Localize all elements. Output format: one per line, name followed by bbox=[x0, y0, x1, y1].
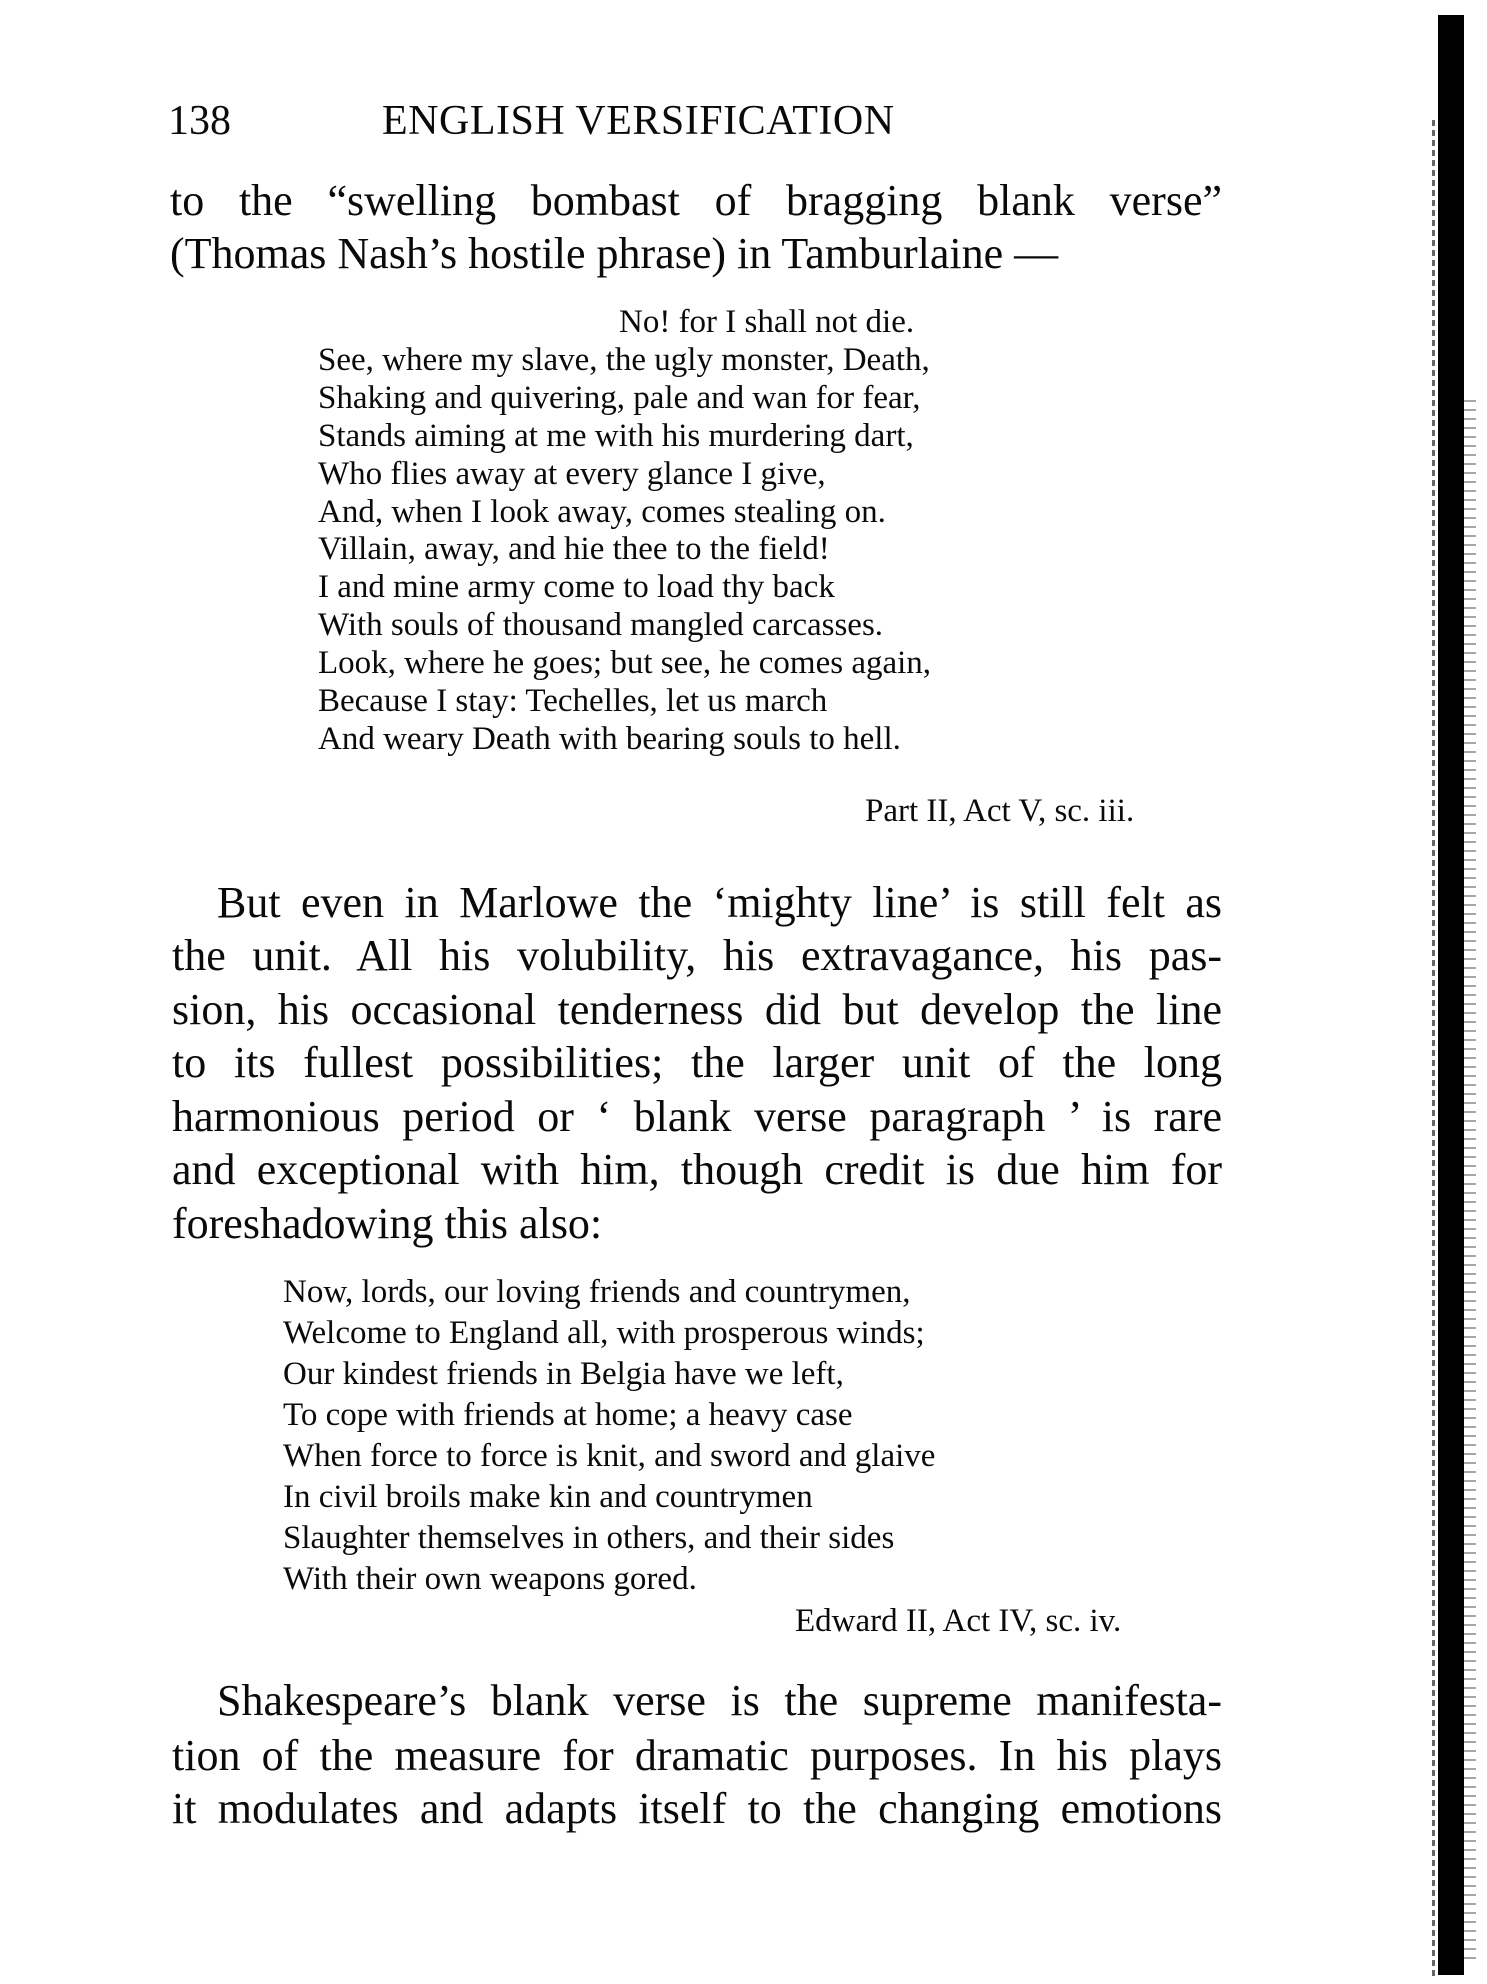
citation-tamburlaine: Part II, Act V, sc. iii. bbox=[865, 795, 1134, 828]
prose-line: it modulates and adapts itself to the ch… bbox=[172, 1787, 1222, 1831]
verse-line: Our kindest friends in Belgia have we le… bbox=[283, 1358, 844, 1391]
prose-line: harmonious period or ‘ blank verse parag… bbox=[172, 1095, 1222, 1139]
book-binding-bar bbox=[1438, 15, 1464, 1975]
intro-line-2: (Thomas Nash’s hostile phrase) in Tambur… bbox=[170, 232, 1058, 276]
verse-line: Villain, away, and hie thee to the field… bbox=[318, 533, 830, 566]
verse-line: Slaughter themselves in others, and thei… bbox=[283, 1522, 894, 1555]
verse-line: Who flies away at every glance I give, bbox=[318, 458, 826, 491]
verse-line: I and mine army come to load thy back bbox=[318, 571, 835, 604]
verse-line: And, when I look away, comes stealing on… bbox=[318, 496, 886, 529]
verse-line: In civil broils make kin and countrymen bbox=[283, 1481, 813, 1514]
citation-edward-ii: Edward II, Act IV, sc. iv. bbox=[795, 1605, 1121, 1638]
verse-line: See, where my slave, the ugly monster, D… bbox=[318, 344, 930, 377]
prose-line: and exceptional with him, though credit … bbox=[172, 1148, 1222, 1192]
prose-line: to its fullest possibilities; the larger… bbox=[172, 1041, 1222, 1085]
prose-line: Shakespeare’s blank verse is the supreme… bbox=[217, 1679, 1222, 1723]
prose-line: the unit. All his volubility, his extrav… bbox=[172, 934, 1222, 978]
intro-line-1: to the “swelling bombast of bragging bla… bbox=[170, 179, 1222, 223]
prose-line: But even in Marlowe the ‘mighty line’ is… bbox=[217, 881, 1222, 925]
prose-line: sion, his occasional tenderness did but … bbox=[172, 988, 1222, 1032]
verse-line: When force to force is knit, and sword a… bbox=[283, 1440, 935, 1473]
verse-line: Shaking and quivering, pale and wan for … bbox=[318, 382, 921, 415]
verse-line: No! for I shall not die. bbox=[619, 306, 914, 339]
verse-line: Because I stay: Techelles, let us march bbox=[318, 685, 827, 718]
prose-line: foreshadowing this also: bbox=[172, 1202, 602, 1246]
running-title: ENGLISH VERSIFICATION bbox=[382, 100, 895, 142]
verse-line: With their own weapons gored. bbox=[283, 1563, 697, 1596]
verse-line: Stands aiming at me with his murdering d… bbox=[318, 420, 914, 453]
binding-edge-shadow bbox=[1432, 120, 1435, 1980]
verse-line: Now, lords, our loving friends and count… bbox=[283, 1276, 911, 1309]
verse-line: And weary Death with bearing souls to he… bbox=[318, 723, 901, 756]
verse-line: Look, where he goes; but see, he comes a… bbox=[318, 647, 931, 680]
verse-line: With souls of thousand mangled carcasses… bbox=[318, 609, 883, 642]
prose-line: tion of the measure for dramatic purpose… bbox=[172, 1734, 1222, 1778]
verse-line: To cope with friends at home; a heavy ca… bbox=[283, 1399, 852, 1432]
verse-line: Welcome to England all, with prosperous … bbox=[283, 1317, 925, 1350]
binding-speckle bbox=[1464, 400, 1476, 1960]
page-number: 138 bbox=[168, 100, 231, 142]
